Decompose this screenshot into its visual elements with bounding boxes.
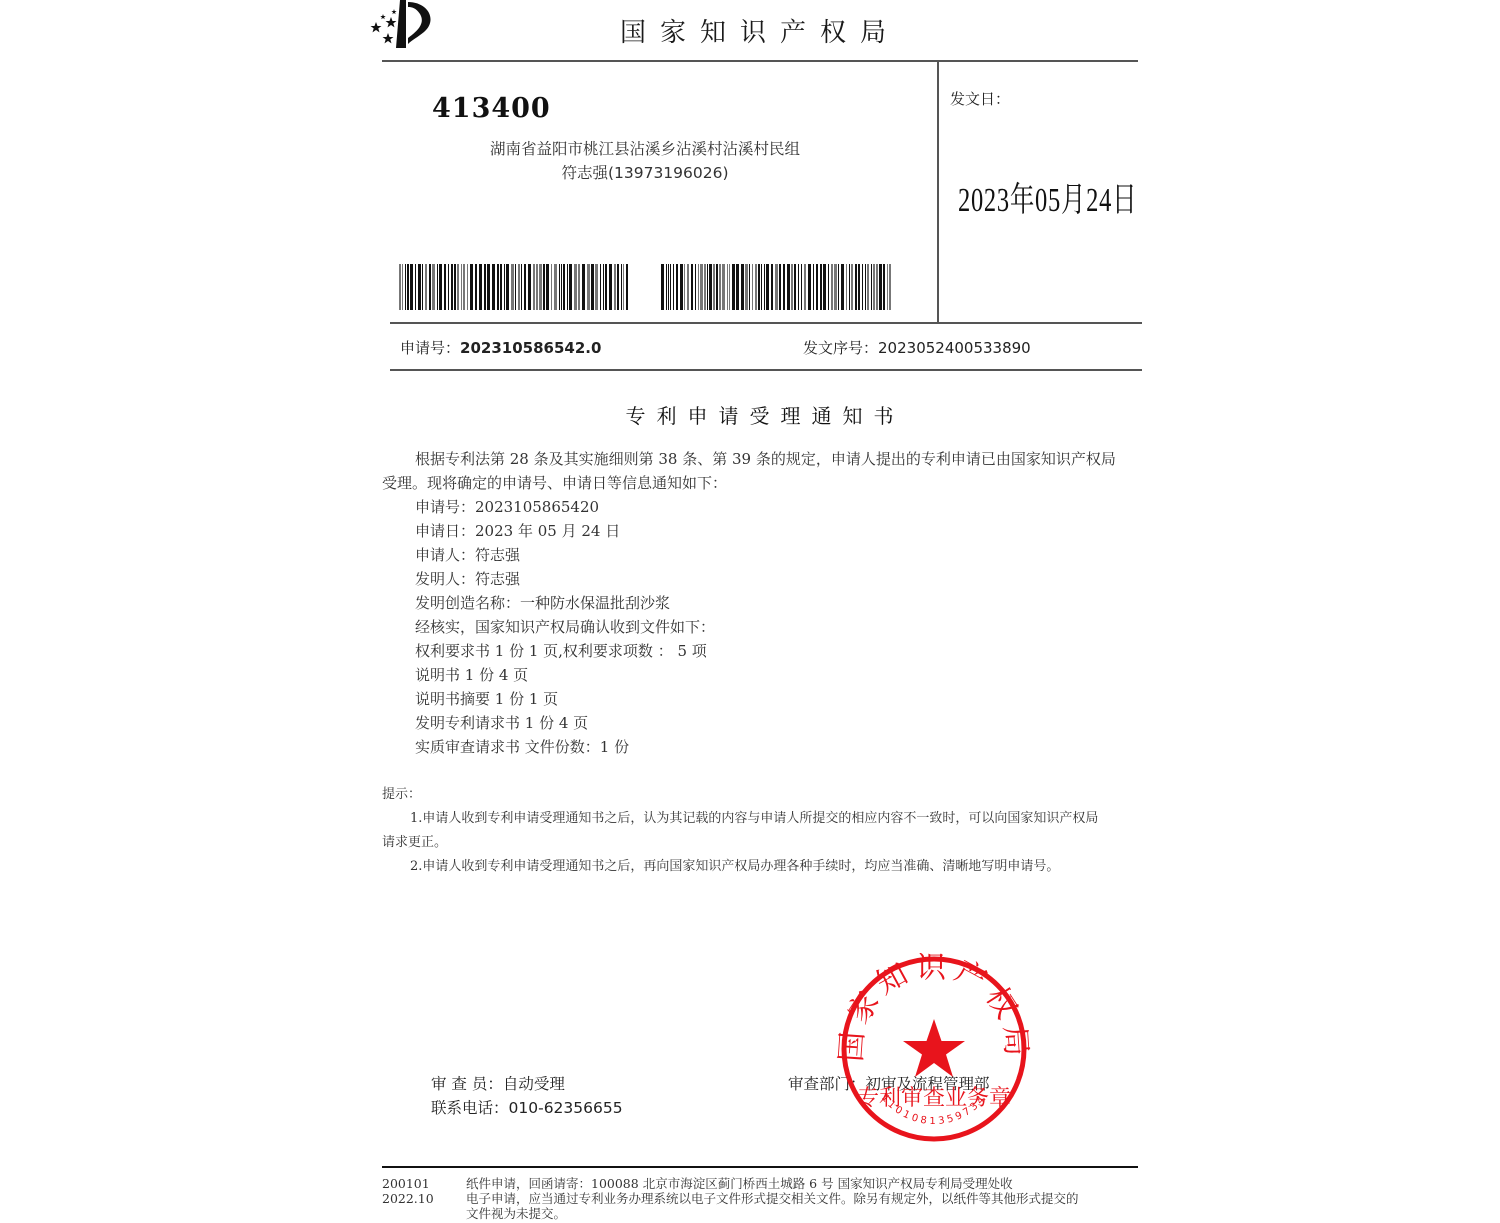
- reference-bottom-divider: [390, 369, 1142, 371]
- footer-notes: 纸件申请，回函请寄：100088 北京市海淀区蓟门桥西土城路 6 号 国家知识产…: [466, 1176, 1146, 1221]
- detail-item: 经核实，国家知识产权局确认收到文件如下：: [382, 615, 1144, 639]
- header-box-divider: [937, 61, 939, 322]
- application-number: 202310586542.0: [460, 339, 601, 357]
- examiner-label: 审 查 员：: [431, 1075, 503, 1093]
- cnipa-logo-icon: [366, 0, 436, 52]
- detail-item: 实质审查请求书 文件份数：1 份: [382, 735, 1144, 759]
- examiner-row: 审 查 员：自动受理: [431, 1072, 565, 1096]
- detail-item: 发明专利请求书 1 份 4 页: [382, 711, 1144, 735]
- form-code: 200101: [382, 1176, 434, 1191]
- detail-item: 申请号：2023105865420: [382, 495, 1144, 519]
- tip-1-line-1: 1.申请人收到专利申请受理通知书之后，认为其记载的内容与申请人所提交的相应内容不…: [382, 807, 1144, 831]
- tips-label: 提示：: [382, 783, 1144, 807]
- detail-item: 申请人：符志强: [382, 543, 1144, 567]
- intro-line-2: 受理。现将确定的申请号、申请日等信息通知如下：: [382, 471, 1144, 495]
- detail-item: 发明人：符志强: [382, 567, 1144, 591]
- recipient-name-phone: 符志强(13973196026): [440, 161, 850, 183]
- detail-item: 说明书 1 份 4 页: [382, 663, 1144, 687]
- notice-title: 专利申请受理通知书: [380, 400, 1150, 429]
- detail-item: 发明创造名称：一种防水保温批刮沙浆: [382, 591, 1144, 615]
- detail-item: 申请日：2023 年 05 月 24 日: [382, 519, 1144, 543]
- tip-1-line-2: 请求更正。: [382, 831, 1144, 855]
- org-title: 国家知识产权局: [560, 12, 960, 49]
- footer-line-2: 电子申请，应当通过专利业务办理系统以电子文件形式提交相关文件。除另有规定外，以纸…: [466, 1191, 1146, 1206]
- footer-line-3: 文件视为未提交。: [466, 1206, 1146, 1221]
- barcode-serial: [661, 264, 892, 310]
- tip-2: 2.申请人收到专利申请受理通知书之后，再向国家知识产权局办理各种手续时，均应当准…: [382, 855, 1144, 879]
- tips-section: 提示： 1.申请人收到专利申请受理通知书之后，认为其记载的内容与申请人所提交的相…: [382, 783, 1144, 879]
- examiner: 自动受理: [503, 1075, 565, 1093]
- detail-item: 权利要求书 1 份 1 页,权利要求项数 ： 5 项: [382, 639, 1144, 663]
- intro-line-1: 根据专利法第 28 条及其实施细则第 38 条、第 39 条的规定，申请人提出的…: [382, 447, 1144, 471]
- postcode: 413400: [432, 93, 551, 124]
- reference-top-divider: [390, 322, 1142, 324]
- official-seal: 国家知识产权局 专利审查业务章 1101081359734: [836, 953, 1032, 1145]
- serial-number: 2023052400533890: [878, 339, 1031, 357]
- serial-number-label: 发文序号：: [803, 339, 878, 357]
- issue-date: 2023年05月24日: [958, 172, 1137, 221]
- details-list: 申请号：2023105865420申请日：2023 年 05 月 24 日申请人…: [382, 495, 1144, 759]
- footer-divider: [382, 1166, 1138, 1168]
- phone-row: 联系电话：010-62356655: [431, 1096, 623, 1120]
- recipient-address: 湖南省益阳市桃江县沾溪乡沾溪村沾溪村民组: [440, 137, 850, 159]
- serial-number-row: 发文序号：2023052400533890: [803, 337, 1031, 358]
- phone-label: 联系电话：: [431, 1099, 509, 1117]
- detail-item: 说明书摘要 1 份 1 页: [382, 687, 1144, 711]
- phone: 010-62356655: [509, 1099, 623, 1117]
- application-number-label: 申请号：: [400, 339, 460, 357]
- svg-text:专利审查业务章: 专利审查业务章: [857, 1086, 1011, 1111]
- footer-codes: 200101 2022.10: [382, 1176, 434, 1206]
- notice-body: 根据专利法第 28 条及其实施细则第 38 条、第 39 条的规定，申请人提出的…: [382, 447, 1144, 759]
- footer-line-1: 纸件申请，回函请寄：100088 北京市海淀区蓟门桥西土城路 6 号 国家知识产…: [466, 1176, 1146, 1191]
- barcode-application: [399, 264, 630, 310]
- form-version: 2022.10: [382, 1191, 434, 1206]
- header-divider: [382, 60, 1138, 62]
- seal-star-icon: [903, 1019, 965, 1077]
- issue-date-label: 发文日：: [950, 88, 1010, 109]
- application-number-row: 申请号：202310586542.0: [400, 337, 601, 358]
